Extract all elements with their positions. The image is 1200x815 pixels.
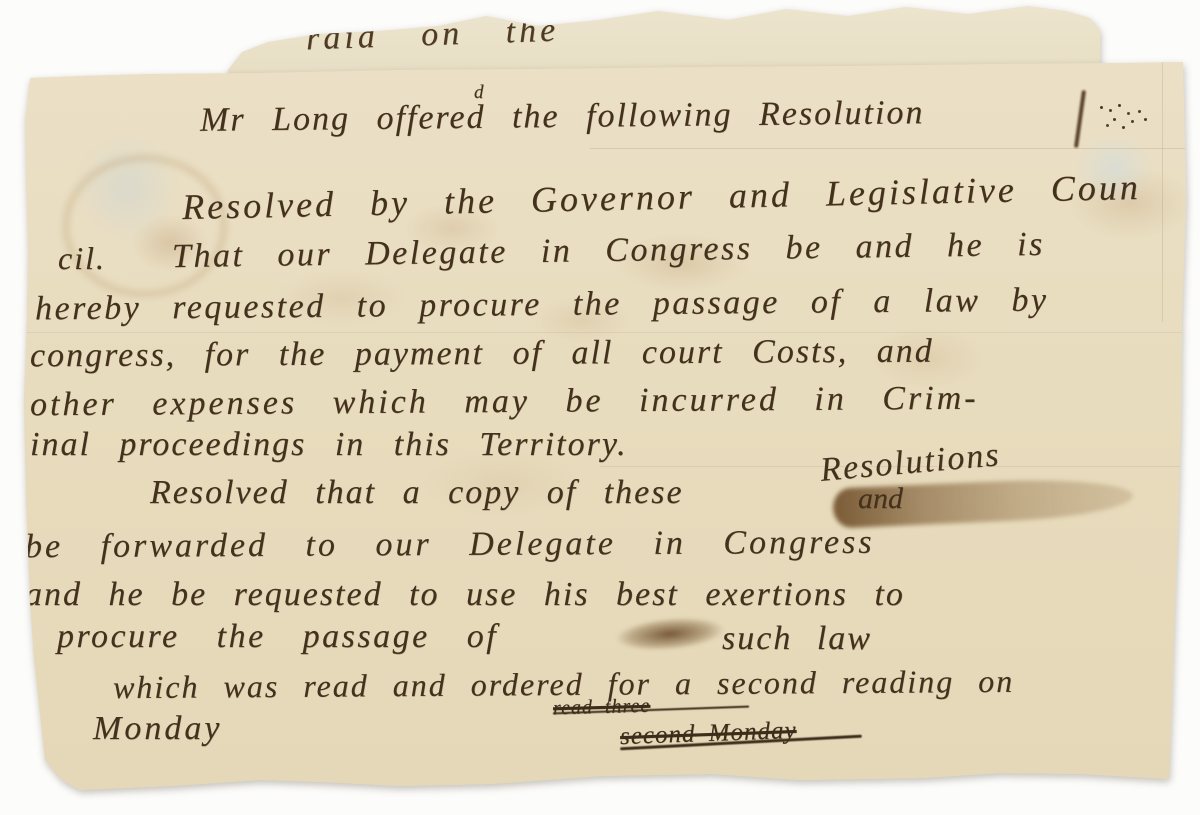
manuscript-line-03b: That our Delegate in Congress be and he … [172,226,1045,276]
manuscript-line-04: hereby requested to procure the passage … [35,282,1049,329]
manuscript-line-11b: such law [722,620,872,658]
ink-blot [614,613,726,654]
manuscript-line-01: Mr Long offered the following Resolution [200,94,925,140]
manuscript-line-02: Resolved by the Governor and Legislative… [182,166,1142,228]
scan-background: { "scan": { "background_color": "#fcfcfb… [0,0,1200,815]
superscript-d: d [474,82,484,104]
manuscript-line-09: be forwarded to our Delegate in Congress [25,524,875,566]
manuscript-line-10: and he be requested to use his best exer… [25,576,905,614]
crease-line-top [590,148,1200,149]
inserted-word-resolutions: Resolutions [819,436,1002,490]
ink-specks [1100,106,1103,109]
manuscript-line-03a: cil. [58,240,106,277]
manuscript-line-08: Resolved that a copy of these [150,474,684,512]
fragment-text: raid on the [305,12,559,59]
struck-text-2: second Monday [620,717,797,751]
struck-text-1: read three [553,695,651,721]
manuscript-line-13-monday: Monday [93,710,222,748]
manuscript-line-11a: procure the passage of [57,618,498,656]
manuscript-line-06: other expenses which may be incurred in … [30,380,979,425]
crease-line-middle [25,332,1183,333]
manuscript-line-07: inal proceedings in this Territory. [30,426,628,464]
manuscript-paper: Mr Long offered the following Resolution… [22,58,1188,792]
ink-streak-stain [1074,90,1086,148]
crease-line-vertical [1162,62,1163,322]
manuscript-line-05: congress, for the payment of all court C… [30,333,934,376]
smeared-word-and: and [858,482,903,516]
